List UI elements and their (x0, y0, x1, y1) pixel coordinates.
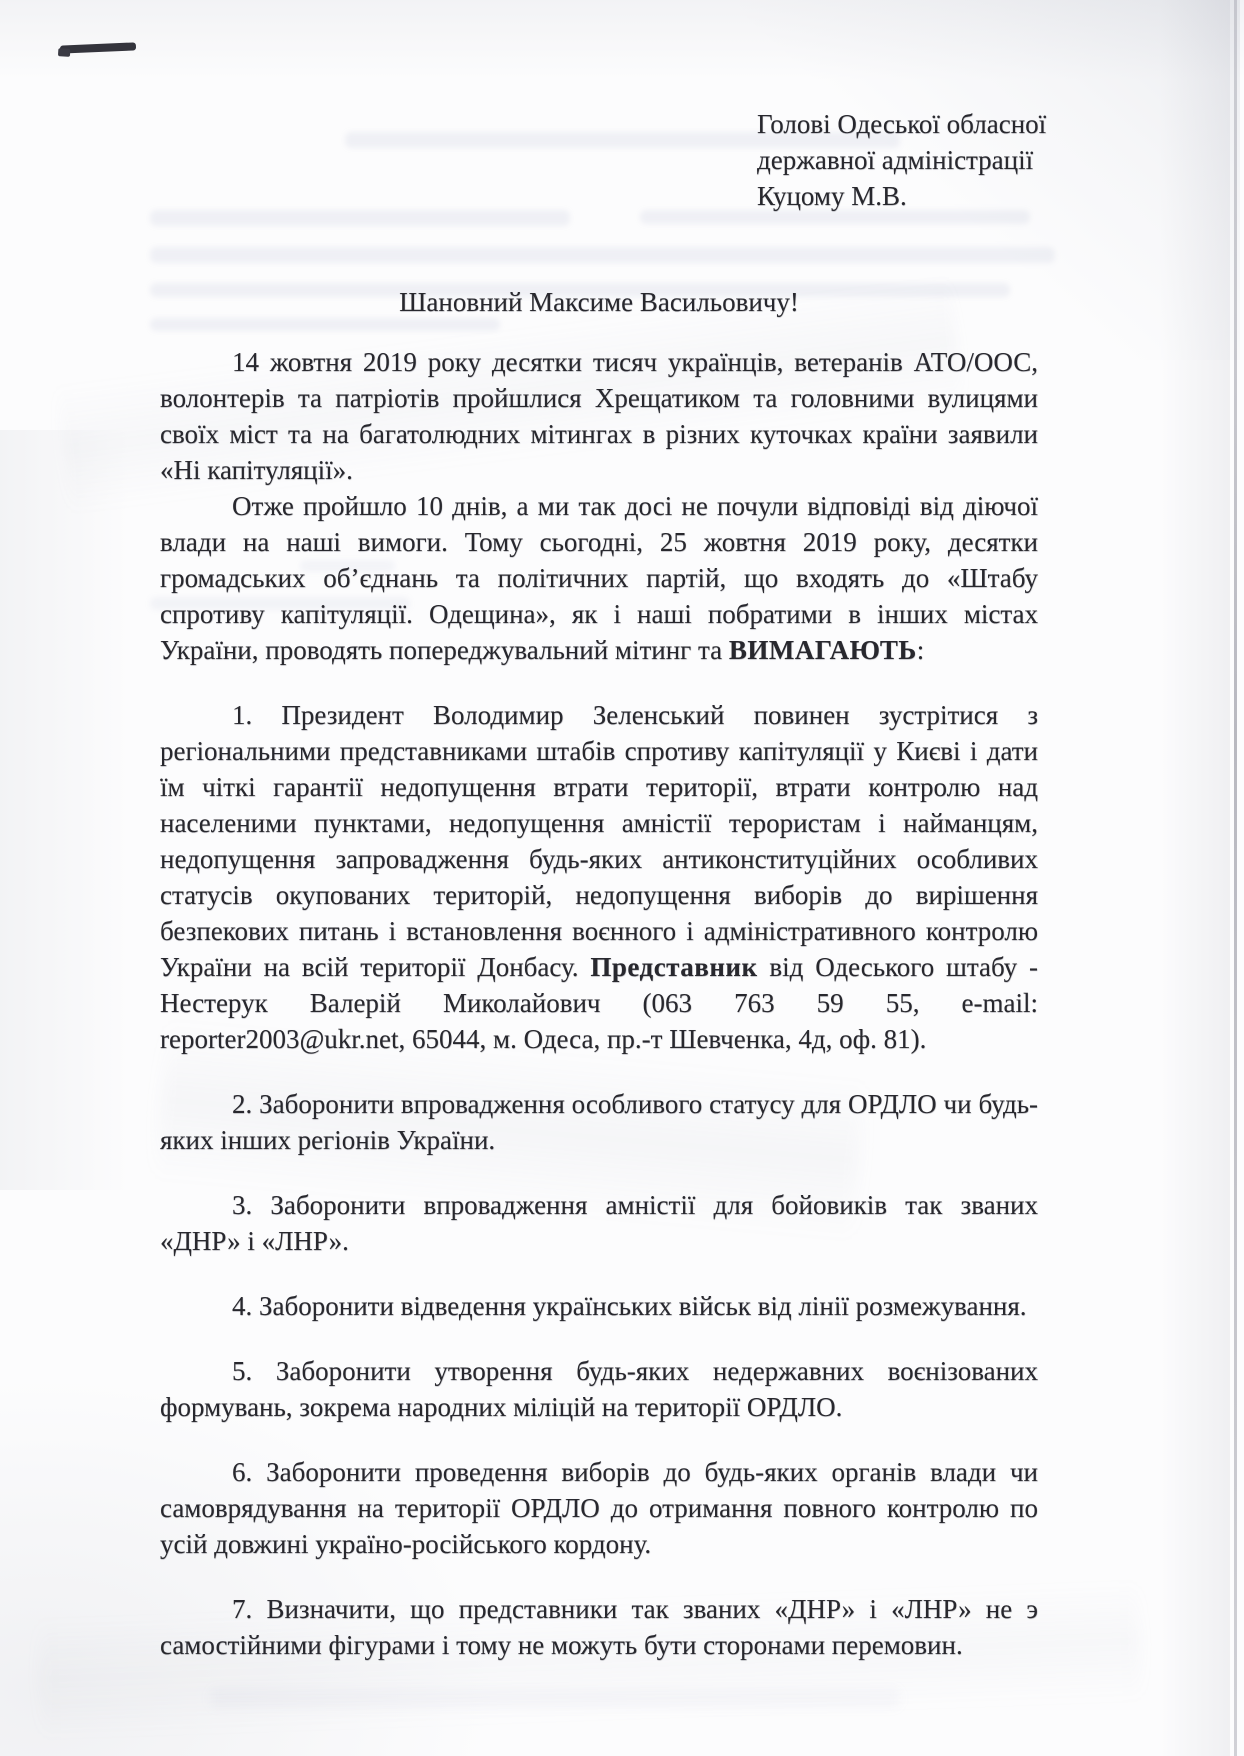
demand-item-2: 2. Заборонити впровадження особливого ст… (160, 1086, 1038, 1158)
scan-shadow-top (0, 0, 1244, 80)
paragraph-text: : (917, 635, 925, 665)
paragraph-text: 1. Президент Володимир Зеленський повине… (160, 700, 1038, 982)
paragraph-intro: 14 жовтня 2019 року десятки тисяч україн… (160, 344, 1038, 488)
scan-shadow-right (1160, 0, 1230, 1756)
demand-item-7: 7. Визначити, що представники так званих… (160, 1591, 1038, 1663)
bleedthrough-artifact (210, 1688, 900, 1708)
recipient-line: державної адміністрації (757, 142, 1046, 178)
demand-item-4: 4. Заборонити відведення українських вій… (160, 1288, 1038, 1324)
recipient-block: Голові Одеської обласної державної адмін… (757, 106, 1046, 214)
page-edge-line (1234, 0, 1237, 1756)
letter-body: 14 жовтня 2019 року десятки тисяч україн… (160, 344, 1038, 1663)
recipient-line: Голові Одеської обласної (757, 106, 1046, 142)
demand-item-3: 3. Заборонити впровадження амністії для … (160, 1187, 1038, 1259)
demand-item-6: 6. Заборонити проведення виборів до будь… (160, 1454, 1038, 1562)
demand-keyword-bold: ВИМАГАЮТЬ (729, 635, 917, 665)
salutation: Шановний Максиме Васильовичу! (160, 284, 1038, 320)
recipient-line: Куцому М.В. (757, 178, 1046, 214)
bleedthrough-artifact (150, 210, 570, 226)
pen-mark (60, 42, 136, 53)
scanned-letter-page: Голові Одеської обласної державної адмін… (0, 0, 1244, 1756)
bleedthrough-artifact (150, 247, 1055, 263)
scan-shadow-left (0, 430, 130, 1190)
paragraph-demand-intro: Отже пройшло 10 днів, а ми так досі не п… (160, 488, 1038, 668)
representative-bold: Представник (590, 952, 757, 982)
demand-item-1: 1. Президент Володимир Зеленський повине… (160, 697, 1038, 1057)
demand-item-5: 5. Заборонити утворення будь-яких недерж… (160, 1353, 1038, 1425)
